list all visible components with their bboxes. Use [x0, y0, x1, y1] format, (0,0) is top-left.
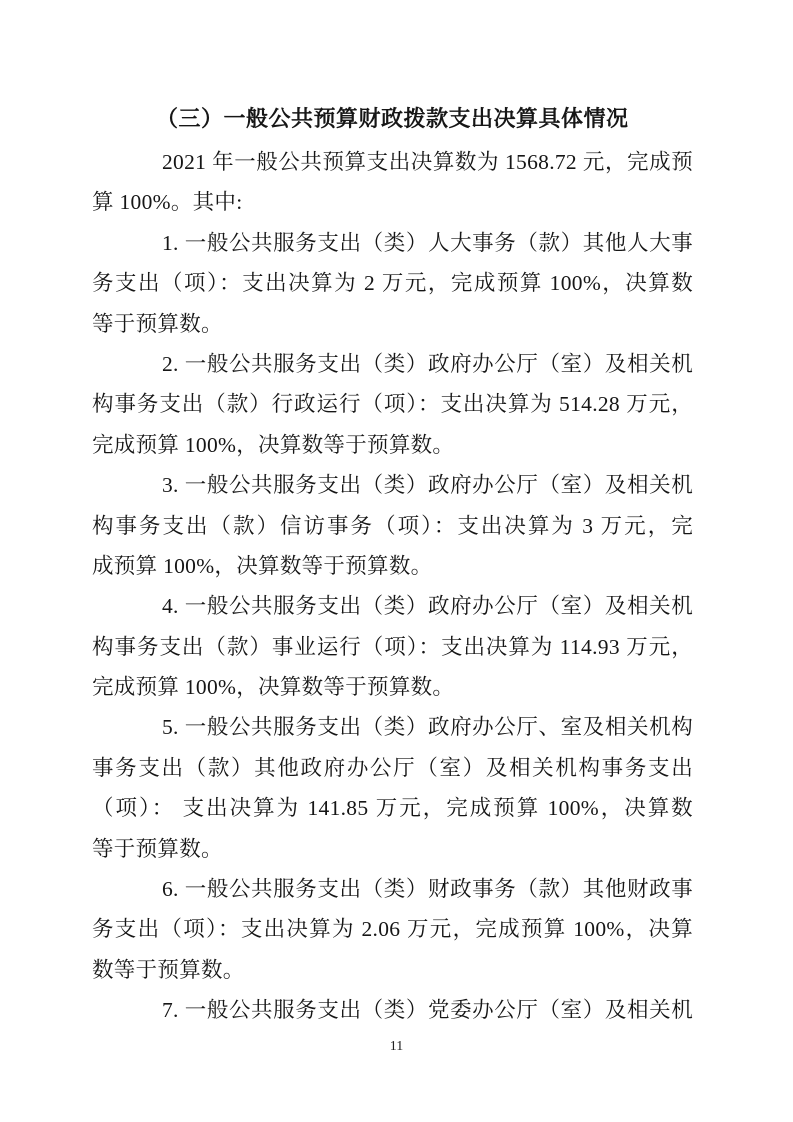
paragraph-item-6: 6. 一般公共服务支出（类）财政事务（款）其他财政事务支出（项）：支出决算为 2…: [92, 869, 693, 990]
paragraph-intro: 2021 年一般公共预算支出决算数为 1568.72 元，完成预算 100%。其…: [92, 142, 693, 223]
document-page: （三）一般公共预算财政拨款支出决算具体情况 2021 年一般公共预算支出决算数为…: [0, 0, 793, 1122]
text-line: 2021 年一般公共预算支出决算数为 1568.72 元，完成预: [92, 142, 693, 182]
section-heading: （三）一般公共预算财政拨款支出决算具体情况: [92, 96, 693, 142]
paragraph-item-2: 2. 一般公共服务支出（类）政府办公厅（室）及相关机构事务支出（款）行政运行（项…: [92, 344, 693, 465]
text-line: 完成预算 100%，决算数等于预算数。: [92, 425, 693, 465]
paragraph-item-7: 7. 一般公共服务支出（类）党委办公厅（室）及相关机: [92, 990, 693, 1030]
text-line: 构事务支出（款）行政运行（项）：支出决算为 514.28 万元，: [92, 384, 693, 424]
paragraph-item-5: 5. 一般公共服务支出（类）政府办公厅、室及相关机构事务支出（款）其他政府办公厅…: [92, 707, 693, 869]
text-line: 等于预算数。: [92, 829, 693, 869]
text-line: 5. 一般公共服务支出（类）政府办公厅、室及相关机构: [92, 707, 693, 747]
text-line: （项）： 支出决算为 141.85 万元，完成预算 100%，决算数: [92, 788, 693, 828]
text-line: 务支出（项）：支出决算为 2.06 万元，完成预算 100%，决算: [92, 909, 693, 949]
paragraphs-container: 2021 年一般公共预算支出决算数为 1568.72 元，完成预算 100%。其…: [92, 142, 693, 1031]
text-line: 4. 一般公共服务支出（类）政府办公厅（室）及相关机: [92, 586, 693, 626]
paragraph-item-1: 1. 一般公共服务支出（类）人大事务（款）其他人大事务支出（项）：支出决算为 2…: [92, 223, 693, 344]
text-line: 完成预算 100%，决算数等于预算数。: [92, 667, 693, 707]
text-line: 务支出（项）：支出决算为 2 万元，完成预算 100%，决算数: [92, 263, 693, 303]
page-number: 11: [0, 1038, 793, 1056]
text-line: 1. 一般公共服务支出（类）人大事务（款）其他人大事: [92, 223, 693, 263]
text-line: 算 100%。其中:: [92, 182, 693, 222]
text-line: 构事务支出（款）信访事务（项）：支出决算为 3 万元，完: [92, 506, 693, 546]
text-line: 7. 一般公共服务支出（类）党委办公厅（室）及相关机: [92, 990, 693, 1030]
text-line: 3. 一般公共服务支出（类）政府办公厅（室）及相关机: [92, 465, 693, 505]
text-line: 等于预算数。: [92, 304, 693, 344]
text-line: 构事务支出（款）事业运行（项）：支出决算为 114.93 万元，: [92, 627, 693, 667]
document-content: （三）一般公共预算财政拨款支出决算具体情况 2021 年一般公共预算支出决算数为…: [92, 96, 693, 1031]
text-line: 成预算 100%，决算数等于预算数。: [92, 546, 693, 586]
text-line: 数等于预算数。: [92, 950, 693, 990]
text-line: 2. 一般公共服务支出（类）政府办公厅（室）及相关机: [92, 344, 693, 384]
text-line: 6. 一般公共服务支出（类）财政事务（款）其他财政事: [92, 869, 693, 909]
paragraph-item-4: 4. 一般公共服务支出（类）政府办公厅（室）及相关机构事务支出（款）事业运行（项…: [92, 586, 693, 707]
text-line: 事务支出（款）其他政府办公厅（室）及相关机构事务支出: [92, 748, 693, 788]
paragraph-item-3: 3. 一般公共服务支出（类）政府办公厅（室）及相关机构事务支出（款）信访事务（项…: [92, 465, 693, 586]
